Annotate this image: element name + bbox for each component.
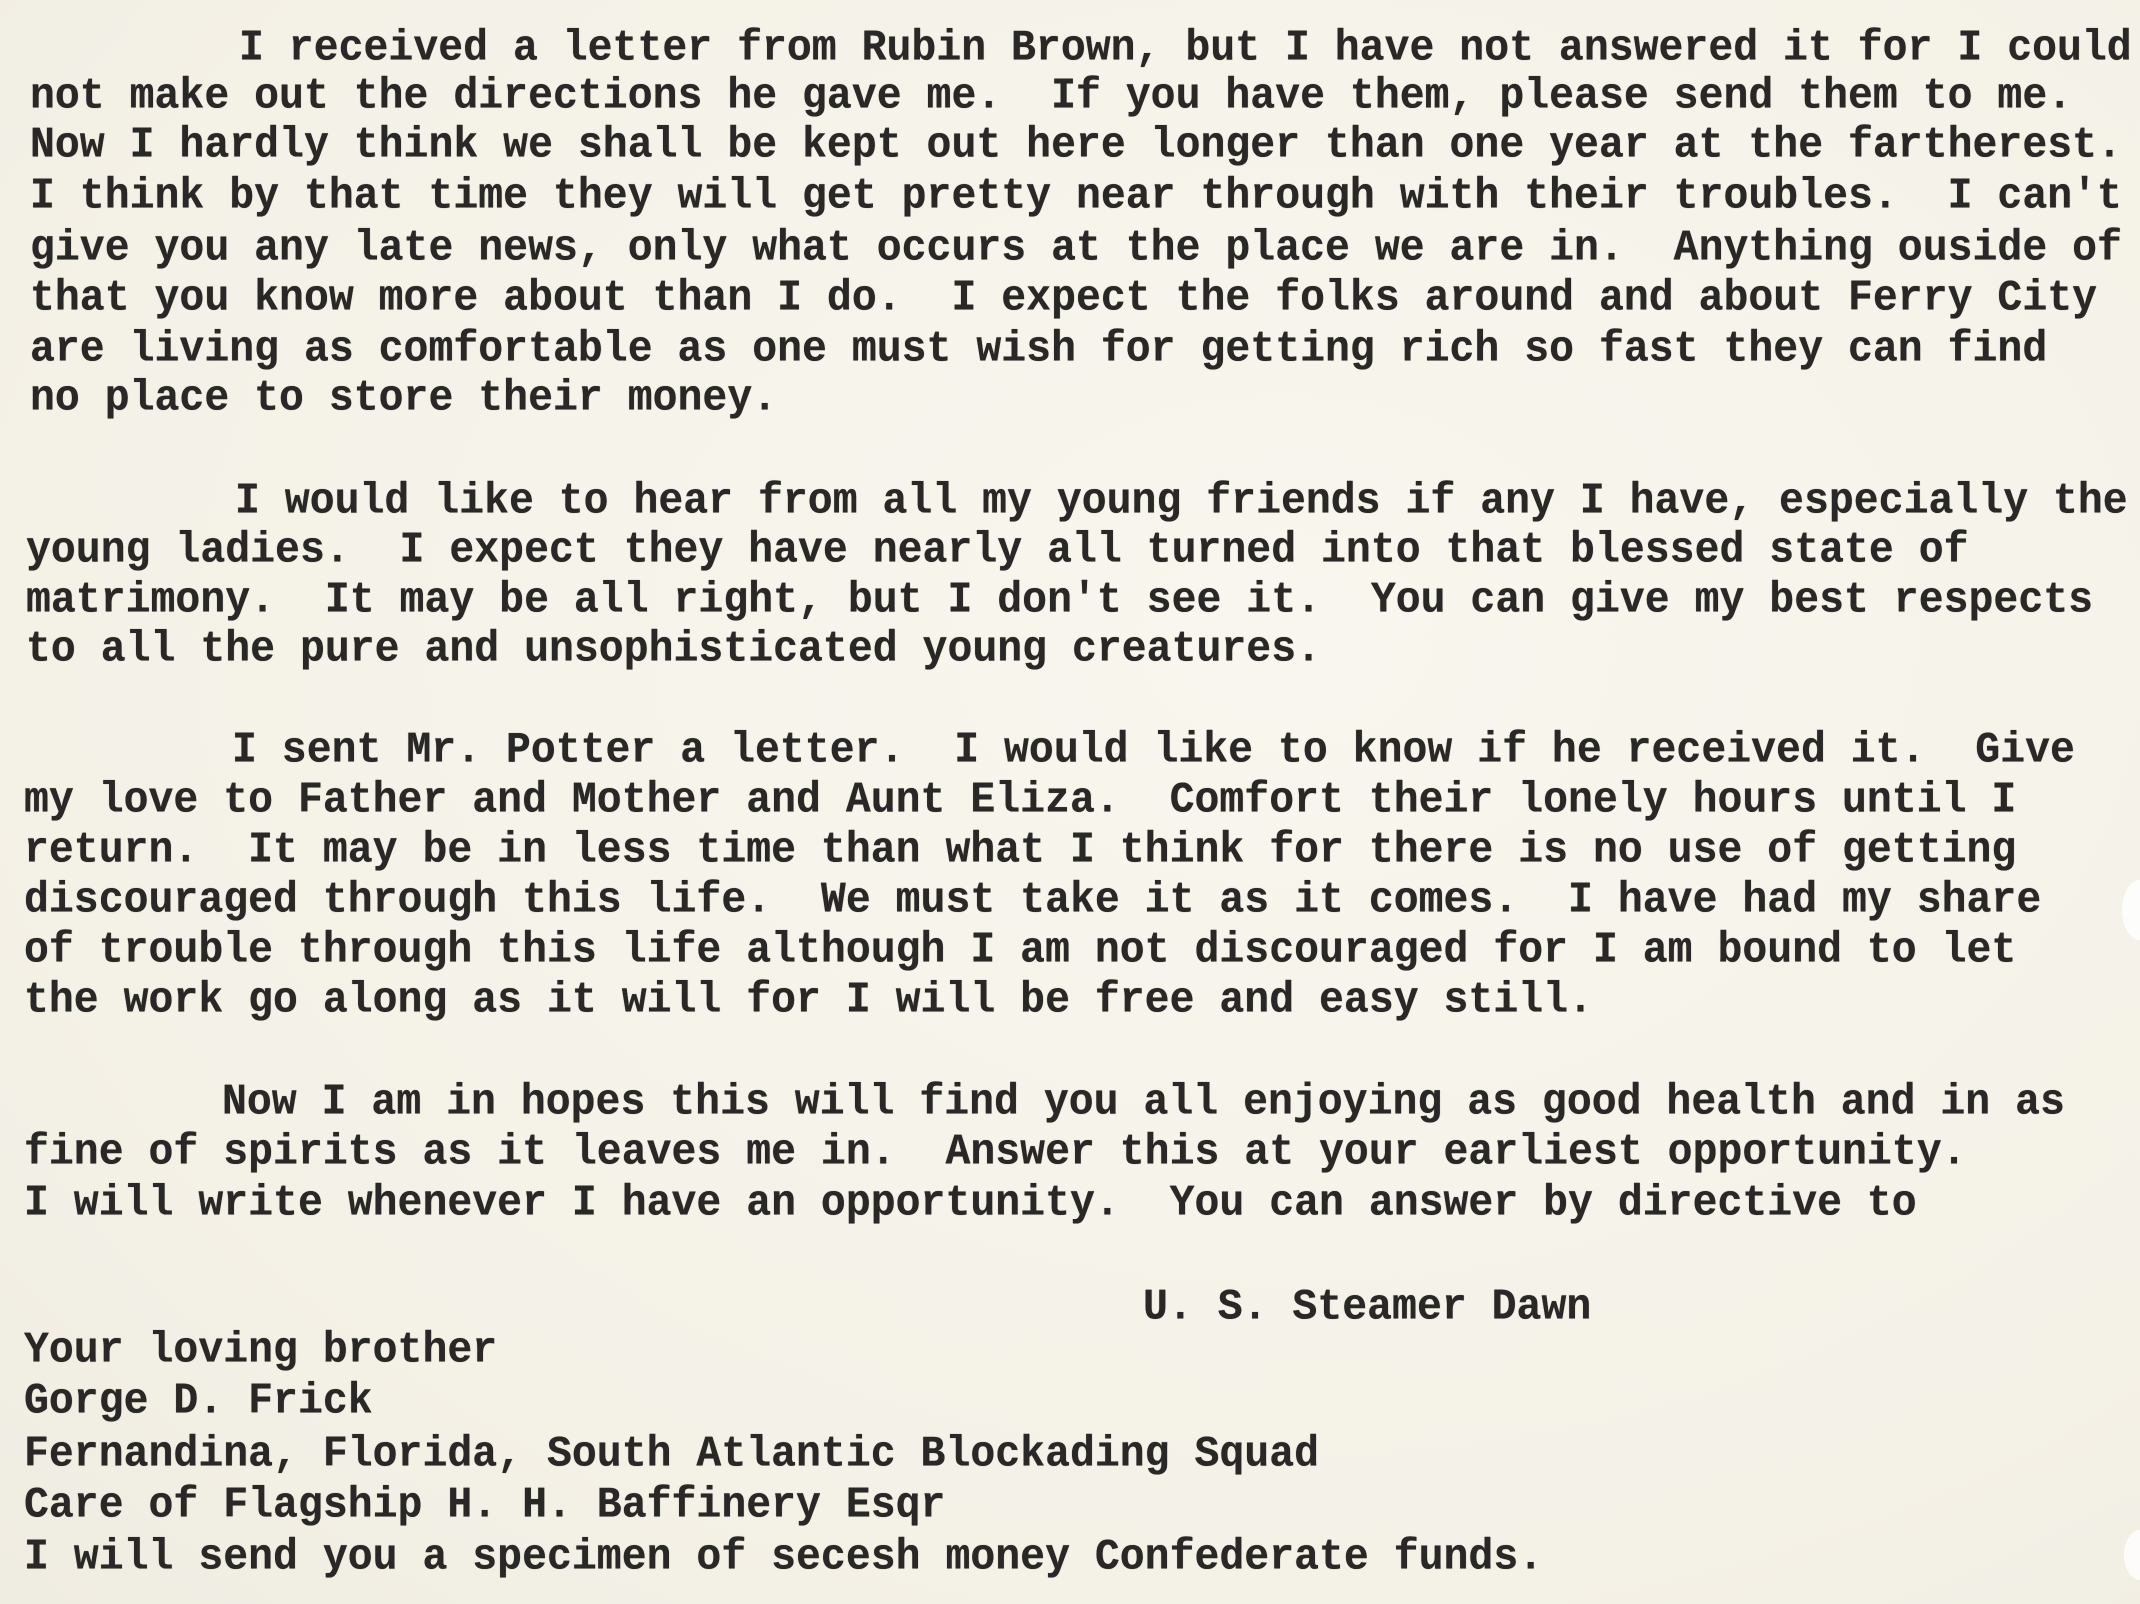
page-edge-notch [2124,1530,2140,1580]
text-line: I will write whenever I have an opportun… [24,1178,1917,1231]
postscript-line: I will send you a specimen of secesh mon… [24,1532,1543,1585]
letter-page: I received a letter from Rubin Brown, bu… [0,0,2140,1604]
text-line: return. It may be in less time than what… [24,825,2016,878]
text-line: I would like to hear from all my young f… [235,476,2128,529]
care-of-line: Care of Flagship H. H. Baffinery Esqr [24,1480,945,1533]
text-line: fine of spirits as it leaves me in. Answ… [24,1127,1967,1180]
text-line: the work go along as it will for I will … [24,975,1593,1028]
text-line: that you know more about than I do. I ex… [30,273,2097,326]
ship-address: U. S. Steamer Dawn [1143,1282,1591,1335]
text-line: give you any late news, only what occurs… [30,223,2122,276]
text-line: are living as comfortable as one must wi… [30,324,2047,377]
text-line: discouraged through this life. We must t… [24,875,2041,928]
closing-line: Your loving brother [24,1325,497,1378]
page-edge-notch [2122,880,2140,940]
text-line: I think by that time they will get prett… [30,171,2122,224]
text-line: of trouble through this life although I … [24,925,2016,978]
text-line: to all the pure and unsophisticated youn… [26,624,1321,677]
text-line: Now I hardly think we shall be kept out … [30,120,2122,173]
location-line: Fernandina, Florida, South Atlantic Bloc… [24,1429,1319,1482]
signature-name: Gorge D. Frick [24,1376,373,1429]
text-line: not make out the directions he gave me. … [30,71,2072,124]
text-line: young ladies. I expect they have nearly … [26,525,1969,578]
text-line: Now I am in hopes this will find you all… [222,1077,2065,1130]
text-line: no place to store their money. [30,373,777,426]
text-line: I sent Mr. Potter a letter. I would like… [232,725,2075,778]
text-line: my love to Father and Mother and Aunt El… [24,775,2016,828]
text-line: matrimony. It may be all right, but I do… [26,575,2093,628]
text-line: I received a letter from Rubin Brown, bu… [239,23,2132,76]
